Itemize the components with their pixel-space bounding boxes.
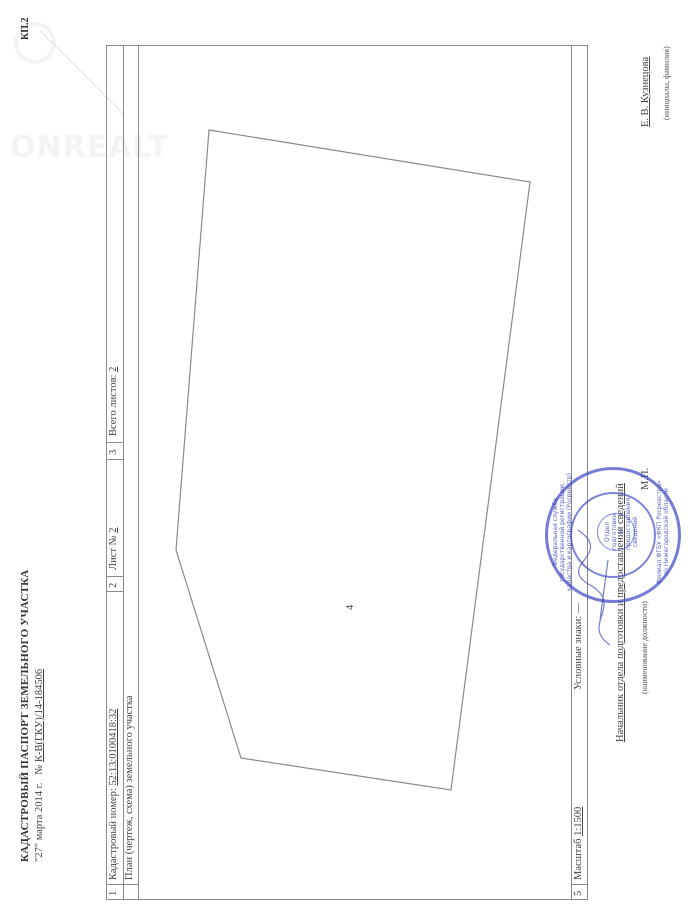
name-caption: (инициалы, фамилия) [662,46,671,120]
official-name: Е. В. Кузнецова [640,57,651,127]
handwritten-signature [570,520,630,650]
parcel-outline [0,0,696,910]
scale-label: Масштаб [573,839,584,880]
footer-index: 5 [573,891,584,896]
cadastral-passport-page: ONREALT КАДАСТРОВЫЙ ПАСПОРТ ЗЕМЕЛЬНОГО У… [0,0,696,910]
scale-value: 1:1500 [573,807,584,836]
scale-field: Масштаб 1:1500 [573,807,584,880]
position-caption: (наименование должности) [640,601,649,694]
stamp-middle-text: Филиал ФГБУ «ФКП Росреестра» по Нижегоро… [656,476,670,588]
